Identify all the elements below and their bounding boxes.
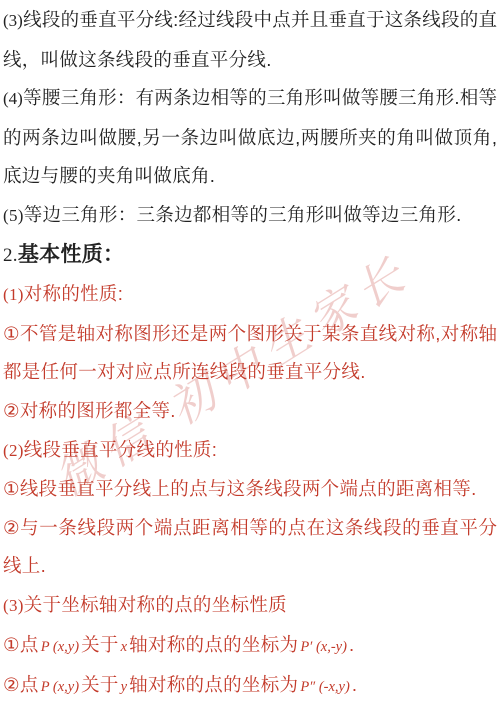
text-segment-boldcn: 基本性质： bbox=[18, 243, 125, 266]
text-line: ①点P (x,y)关于x轴对称的点的坐标为P′ (x,-y). bbox=[3, 626, 497, 667]
text-segment-cn: 对称的性质: bbox=[24, 283, 123, 304]
text-line: 2.基本性质： bbox=[3, 236, 497, 276]
text-line: ①不管是轴对称图形还是两个图形关于某条直线对称,对称轴 bbox=[3, 315, 497, 354]
text-segment-cn: 都是任何一对对应点所连线段的垂直平分线. bbox=[3, 361, 366, 382]
document-page: 微信 初中生家长 (3)线段的垂直平分线:经过线段中点并且垂直于这条线段的直线，… bbox=[0, 0, 500, 707]
text-segment-cn: ①不管是轴对称图形还是两个图形关于某条直线对称,对称轴 bbox=[3, 323, 497, 344]
text-segment-cn: . bbox=[352, 674, 357, 695]
text-segment-math: y bbox=[119, 679, 129, 695]
text-line: (2)线段垂直平分线的性质: bbox=[3, 431, 497, 471]
text-segment-cn: . bbox=[349, 634, 354, 655]
text-line: ①线段垂直平分线上的点与这条线段两个端点的距离相等. bbox=[3, 470, 497, 509]
text-segment-cn: 线段的垂直平分线:经过线段中点并且垂直于这条线段的直 bbox=[23, 9, 497, 30]
text-segment-marker: (3) bbox=[3, 596, 24, 615]
text-segment-math: P′ (x,-y) bbox=[298, 639, 349, 655]
document-body: (3)线段的垂直平分线:经过线段中点并且垂直于这条线段的直线，叫做这条线段的垂直… bbox=[0, 0, 500, 707]
text-segment-cn: ②与一条线段两个端点距离相等的点在这条线段的垂直平分 bbox=[3, 517, 497, 538]
text-segment-math: x bbox=[119, 639, 129, 655]
text-segment-marker: (5) bbox=[3, 206, 24, 225]
text-segment-cn: 的两条边叫做腰,另一条边叫做底边,两腰所夹的角叫做顶角, bbox=[3, 127, 497, 148]
text-line: 的两条边叫做腰,另一条边叫做底边,两腰所夹的角叫做顶角, bbox=[3, 119, 497, 158]
text-segment-math: P (x,y) bbox=[39, 639, 81, 655]
text-line: (3)关于坐标轴对称的点的坐标性质 bbox=[3, 586, 497, 626]
text-segment-cn: 底边与腰的夹角叫做底角. bbox=[3, 165, 215, 186]
text-line: (5)等边三角形：三条边都相等的三角形叫做等边三角形. bbox=[3, 196, 497, 236]
text-segment-cn: 关于 bbox=[81, 674, 119, 695]
text-line: ②对称的图形都全等. bbox=[3, 392, 497, 431]
text-line: (1)对称的性质: bbox=[3, 275, 497, 315]
text-segment-cn: 线段垂直平分线的性质: bbox=[24, 439, 217, 460]
text-segment-cn: 关于 bbox=[81, 634, 119, 655]
text-line: ②与一条线段两个端点距离相等的点在这条线段的垂直平分 bbox=[3, 509, 497, 548]
text-segment-math: P″ (-x,y) bbox=[298, 679, 352, 695]
text-segment-cn: ①点 bbox=[3, 634, 39, 655]
text-segment-cn: ②对称的图形都全等. bbox=[3, 400, 176, 421]
text-segment-num: 2. bbox=[3, 245, 18, 266]
text-segment-cn: ②点 bbox=[3, 674, 39, 695]
text-segment-cn: 线，叫做这条线段的垂直平分线. bbox=[3, 49, 272, 70]
text-line: 线上. bbox=[3, 547, 497, 586]
text-segment-cn: 轴对称的点的坐标为 bbox=[129, 634, 298, 655]
text-line: 线，叫做这条线段的垂直平分线. bbox=[3, 41, 497, 80]
text-segment-cn: ①线段垂直平分线上的点与这条线段两个端点的距离相等. bbox=[3, 478, 477, 499]
text-line: 底边与腰的夹角叫做底角. bbox=[3, 157, 497, 196]
text-segment-marker: (3) bbox=[3, 11, 23, 30]
text-segment-cn: 等腰三角形：有两条边相等的三角形叫做等腰三角形.相等 bbox=[23, 87, 497, 108]
text-segment-marker: (4) bbox=[3, 89, 23, 108]
text-line: ②点P (x,y)关于y轴对称的点的坐标为P″ (-x,y). bbox=[3, 666, 497, 707]
text-line: 都是任何一对对应点所连线段的垂直平分线. bbox=[3, 353, 497, 392]
text-segment-marker: (1) bbox=[3, 285, 24, 304]
text-segment-math: P (x,y) bbox=[39, 679, 81, 695]
text-line: (4)等腰三角形：有两条边相等的三角形叫做等腰三角形.相等 bbox=[3, 79, 497, 119]
text-segment-cn: 关于坐标轴对称的点的坐标性质 bbox=[24, 594, 287, 615]
text-line: (3)线段的垂直平分线:经过线段中点并且垂直于这条线段的直 bbox=[3, 1, 497, 41]
text-segment-cn: 线上. bbox=[3, 555, 46, 576]
text-segment-marker: (2) bbox=[3, 441, 24, 460]
text-segment-cn: 等边三角形：三条边都相等的三角形叫做等边三角形. bbox=[24, 204, 462, 225]
text-segment-cn: 轴对称的点的坐标为 bbox=[129, 674, 298, 695]
